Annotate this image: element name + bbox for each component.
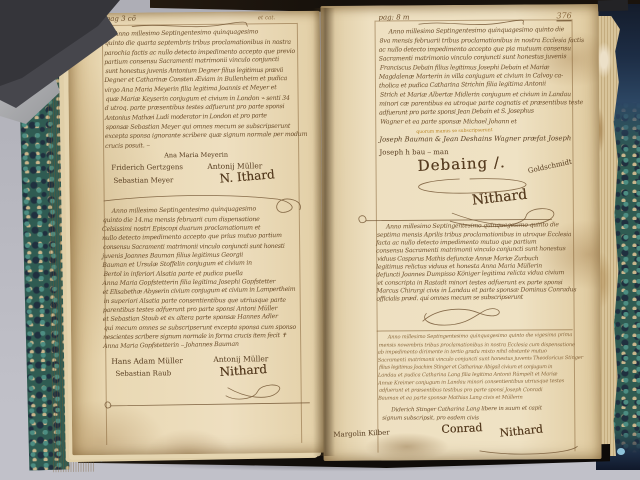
handwritten-line: Anno millesimo Septingentesimo quinquage…: [376, 221, 586, 232]
witness-signature: Conrad: [441, 421, 482, 436]
handwritten-line: viduus Casparus Mathis defunctæ Annæ Mar…: [377, 255, 587, 264]
handwritten-line: in superiori Alsatia parte consentientib…: [104, 296, 318, 306]
handwritten-line: sponsæ Sebastian Meyer qui omnes mecum s…: [106, 122, 316, 133]
handwritten-line: consensu Sacramenti matrimonii vinculo c…: [376, 245, 586, 256]
folio-number-right: 376: [556, 11, 571, 21]
witness-signature: Sebastian Meyer: [113, 176, 173, 185]
handwritten-line: adfuerunt pro parte sponsi Jean Debain e…: [379, 106, 581, 118]
record-entry-left-1: Anno millesimo Septingentesimo quinquage…: [104, 28, 315, 151]
handwritten-line: sunt honestus juvenis Antonium Degner fi…: [105, 66, 315, 77]
handwritten-line: signum subscripsit, pro eadem civis: [382, 415, 582, 423]
handwritten-line: officialis præd. qui omnes mecum se subs…: [376, 293, 586, 304]
page-header-right: pag: 8 m: [378, 13, 409, 21]
handwritten-line: septima mensis Aprilis tribus proclamati…: [377, 231, 587, 240]
witness-signature: Friderich Gertzgens: [111, 163, 183, 172]
record-entry-right-2: Anno millesimo Septingentesimo quinquage…: [376, 222, 587, 303]
groom-signature: Debaing /.: [417, 153, 506, 175]
archive-tab: [598, 0, 628, 12]
right-page: 376 pag: 8 m Anno millesimo Septingentes…: [320, 4, 601, 461]
handwritten-line: defuncti Joannes Dumpisso Königer legiti…: [376, 269, 586, 280]
bride-mark-name: Ana Maria Meyerin: [164, 151, 228, 160]
handwritten-line: filius legitimus Joachim Stinger et Cath…: [379, 364, 585, 372]
blue-paint-dot: [617, 448, 625, 455]
handwritten-line: Franciscus Debain filius legitimus Josep…: [380, 63, 582, 73]
handwritten-line: 8va mensis februarii tribus proclamation…: [380, 36, 582, 46]
witness-signature: Sebastian Raub: [115, 369, 171, 378]
handwritten-line: Anno millesimo Septingentesimo quinquage…: [378, 332, 584, 342]
witness-names-line: Joseph Bauman & Jean Deshains Wagner præ…: [379, 134, 571, 143]
handwritten-line: qui mecum omnes se subscripserunt except…: [104, 323, 318, 333]
handwritten-line: Anno millesimo Septingentesimo quinquage…: [379, 25, 581, 37]
photo-stage: 76 pag 3 cõ et cat. Anno millesimo Septi…: [0, 0, 640, 480]
handwritten-line: Strich et Mariæ Albertæ Midlerin conjugu…: [380, 90, 582, 100]
handwritten-line: mensis novembris tribus proclamationibus…: [379, 342, 585, 350]
signature-flourish: [415, 305, 511, 330]
handwritten-line: Bauman et ea parte sponsæ Mathias Lang c…: [378, 394, 584, 403]
priest-signature: Nithard: [219, 362, 267, 379]
handwritten-line: Wagner et ea parte sponsæ Michael Johann…: [380, 117, 582, 127]
record-entry-left-2: Anno millesimo Septingentesimo quinquage…: [102, 205, 317, 351]
page-header-tail: et cat.: [258, 15, 276, 21]
record-entry-right-3: Anno millesimo Septingentesimo quinquage…: [378, 333, 584, 403]
handwritten-line: quinto die 14.ma mensis februarii cum di…: [103, 215, 317, 225]
handwritten-line: tholica et pudica Catharina Strichin fil…: [379, 79, 581, 91]
witness-signature: Hans Adam Müller: [111, 356, 183, 366]
signature-flourish: [473, 442, 583, 457]
handwritten-line: consensu Sacramenti matrimonii vinculo c…: [103, 242, 317, 252]
record-entry-right-1: Anno millesimo Septingentesimo quinquage…: [379, 26, 582, 126]
handwritten-line: Diderich Stinger Catharina Lang libere i…: [381, 405, 581, 415]
page-gutter-shadow: [313, 8, 335, 456]
handwritten-line: Bertol in inferiori Alsatia parte et pud…: [103, 269, 317, 279]
handwritten-line: adfuerunt et præsentibus testibus pro pa…: [379, 387, 585, 395]
handwritten-line: et conscripta in Rastadt minori testes a…: [377, 279, 587, 288]
flourish-separator: [100, 399, 316, 413]
handwritten-line: Sacramenti matrimonio vinculo conjuncti …: [379, 52, 581, 64]
handwritten-line: quinto die quarta septembris tribus proc…: [105, 38, 315, 49]
handwritten-line: quæ Mariæ Keyserin conjugum et civium in…: [106, 94, 316, 105]
left-page: 76 pag 3 cõ et cat. Anno millesimo Septi…: [68, 11, 325, 456]
